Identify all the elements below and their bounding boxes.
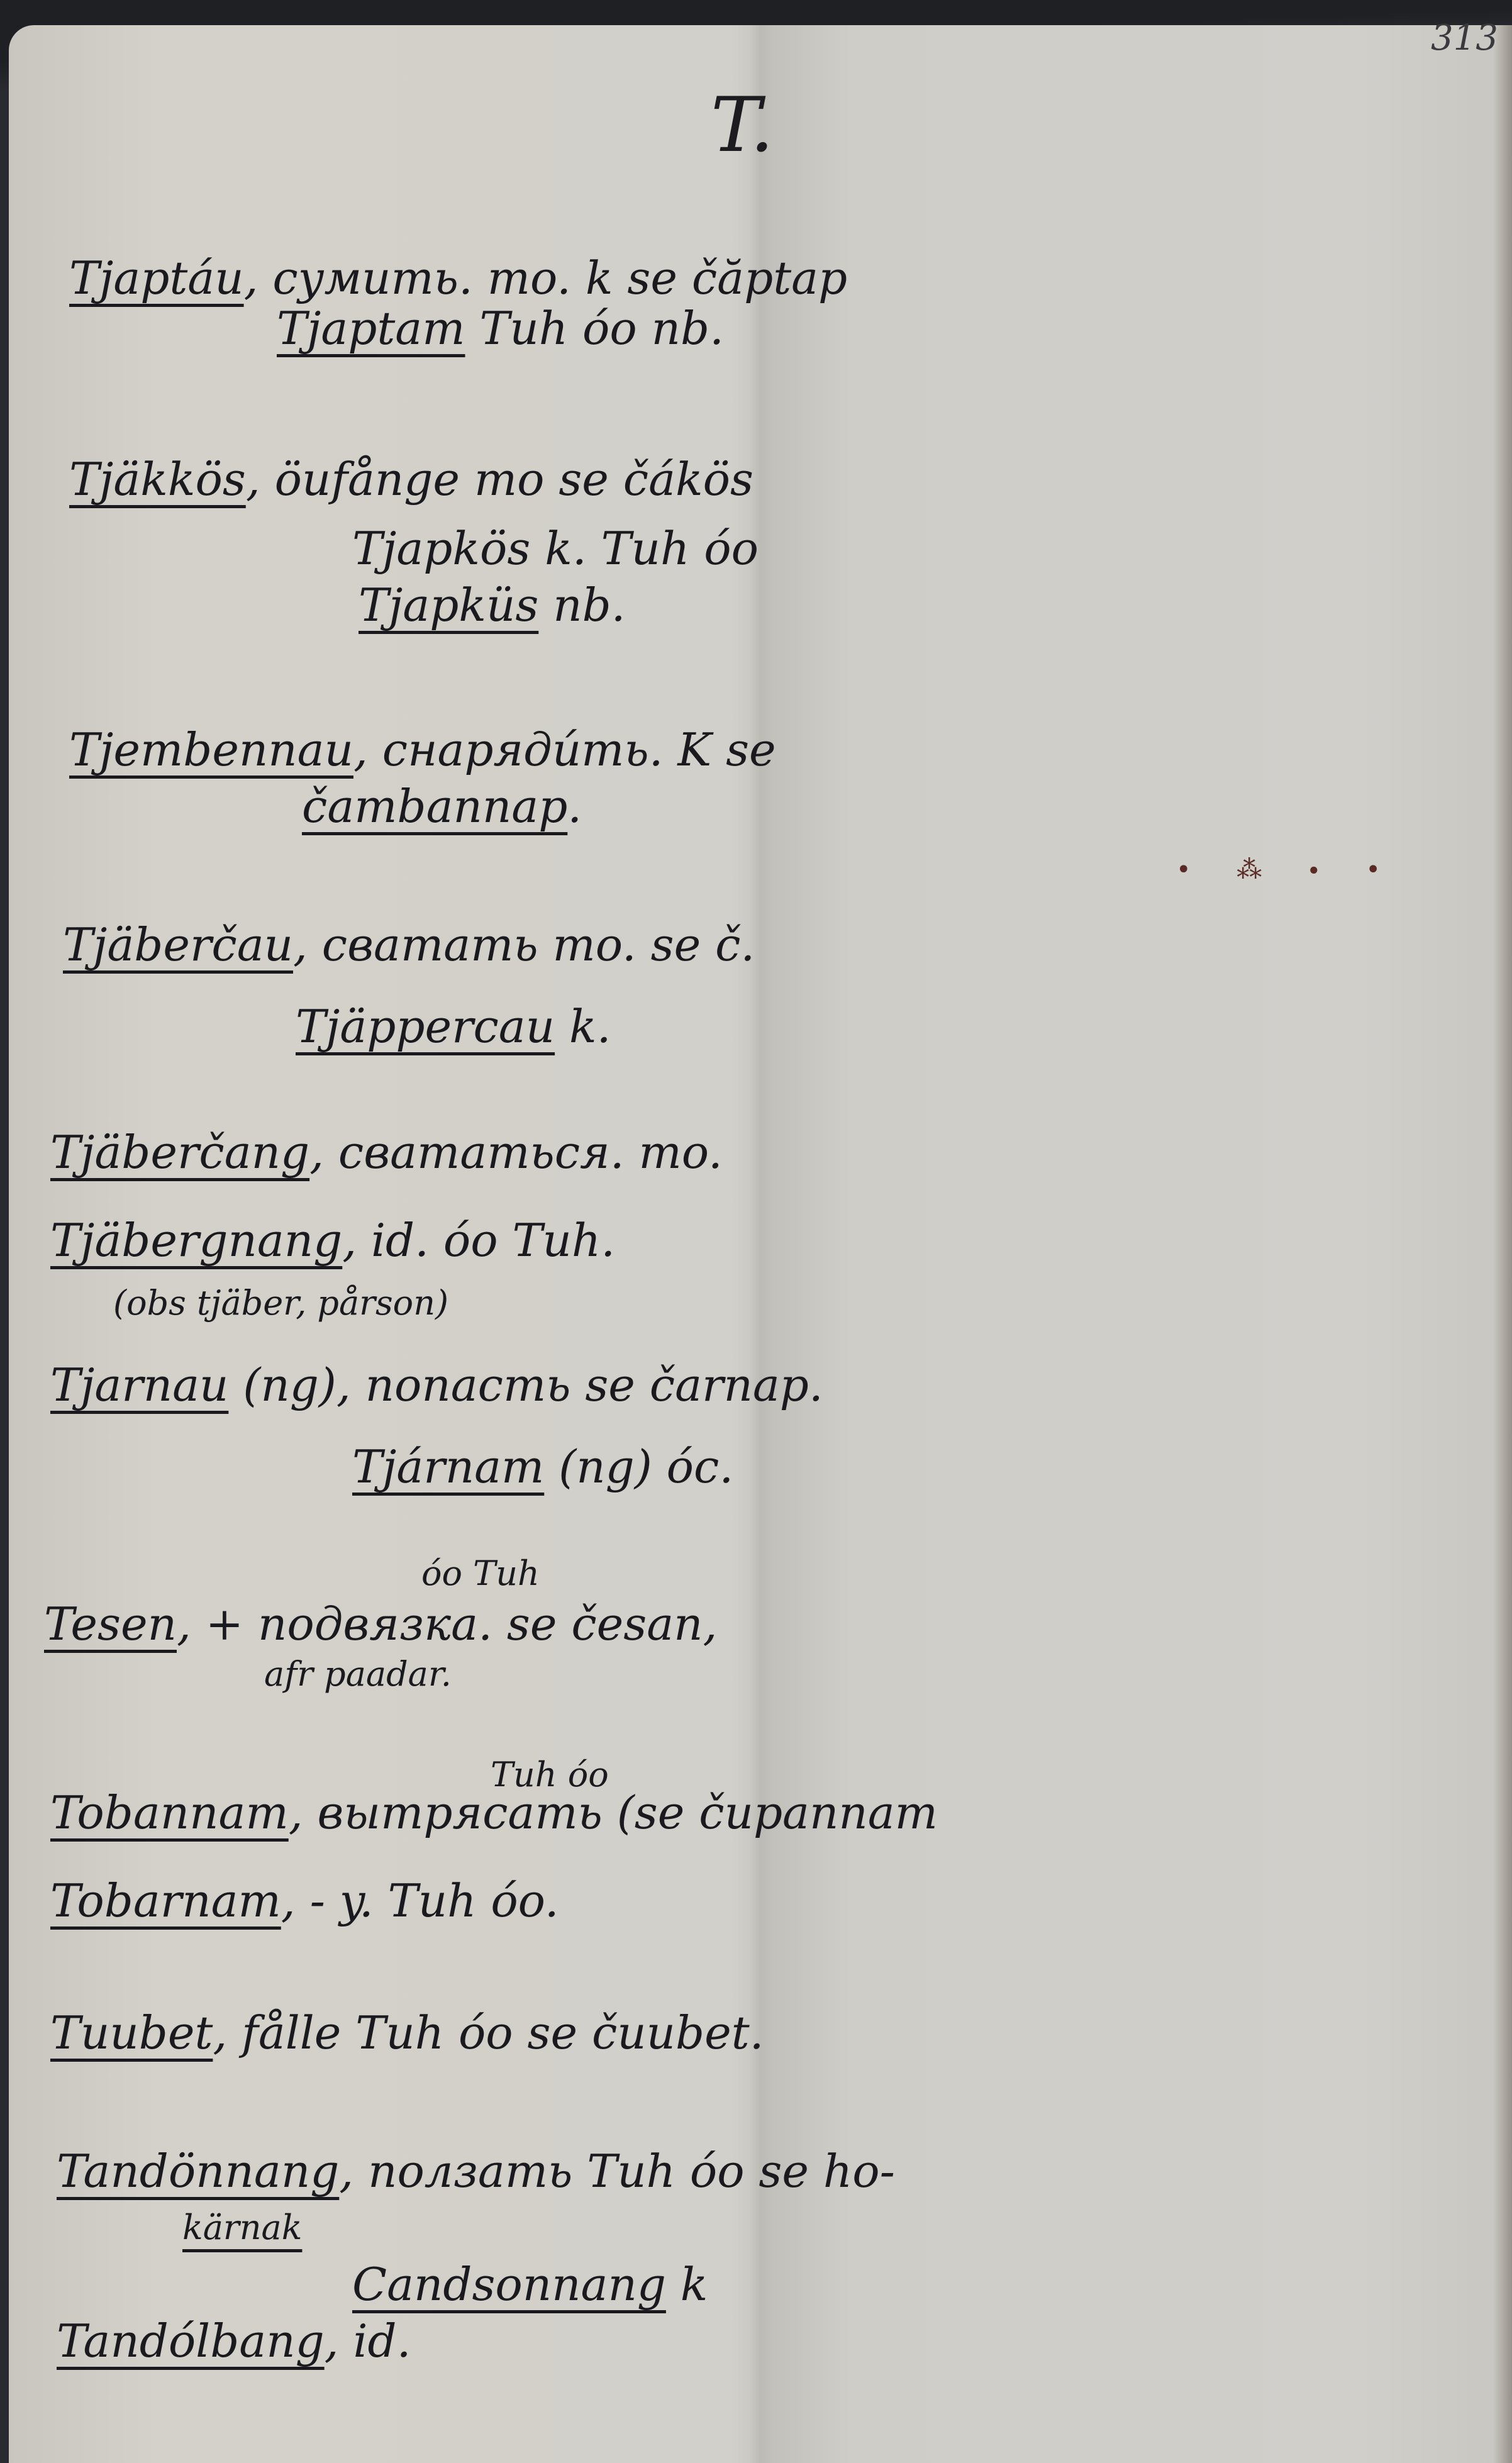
ink-stains: • ⁂ ∙ • — [1176, 855, 1399, 884]
variant-form: Tjäppercau — [296, 1000, 555, 1053]
dictionary-entry: Tuubet, fålle Tuh óo se čuubet. — [50, 2006, 764, 2059]
definition: , снаряди́ть. K se — [353, 723, 776, 776]
entry-continuation: afr paadar. — [264, 1654, 452, 1694]
dictionary-entry: Tjäberčau, сватать mo. se č. — [63, 918, 755, 971]
source-notes: k. Tuh óo — [545, 522, 759, 575]
variant-form: kärnak — [182, 2208, 302, 2247]
dictionary-entry: Tjaptáu, сумить. mo. k se čăptap — [69, 252, 847, 304]
entry-continuation: kärnak — [182, 2208, 302, 2247]
variant-form: Tjaptam — [277, 302, 465, 355]
entry-continuation: Candsonnang k — [352, 2258, 708, 2311]
page-fold — [748, 25, 774, 2463]
dictionary-entry: Tandönnang, ползать Tuh óo se ho- — [57, 2145, 895, 2198]
headword: Tjäberčang — [50, 1126, 309, 1179]
definition: , öufånge mo se čákös — [246, 453, 753, 506]
source-notes: (ng) óc. — [544, 1440, 733, 1493]
etymology-note: (obs tjäber, pårson) — [113, 1283, 448, 1323]
definition: (ng), попасть se čarnap. — [228, 1359, 823, 1411]
headword: Tjembennau — [69, 723, 353, 776]
source-notes: k. — [569, 1000, 611, 1053]
entry-continuation: Tjapkös k. Tuh óo — [352, 522, 759, 575]
variant-form: Candsonnang — [352, 2258, 666, 2311]
entry-continuation: Tjárnam (ng) óc. — [352, 1440, 733, 1493]
variant-form: Tjárnam — [352, 1440, 544, 1493]
headword: Tjäbergnang — [50, 1214, 342, 1267]
headword: Tjäkkös — [69, 453, 246, 506]
source-notes: nb. — [553, 579, 625, 631]
entry-continuation: čambannap. — [302, 780, 582, 833]
headword: Tobarnam — [50, 1874, 281, 1927]
dictionary-entry: Tjäkkös, öufånge mo se čákös — [69, 453, 753, 506]
dictionary-entry: Tobarnam, - y. Tuh óo. — [50, 1874, 559, 1927]
definition: , свататься. mo. — [309, 1126, 723, 1179]
definition: , - y. Tuh óo. — [281, 1874, 559, 1927]
headword: Tobannam — [50, 1786, 289, 1839]
dictionary-entry: Tandólbang, id. — [57, 2315, 411, 2367]
source-notes: k — [681, 2258, 708, 2311]
definition: , ползать Tuh óo se ho- — [339, 2145, 895, 2198]
entry-continuation: Tjapküs nb. — [359, 579, 626, 631]
headword: Tesen — [44, 1598, 177, 1650]
section-letter: T. — [711, 82, 774, 169]
variant-form: Tjapkös — [352, 522, 530, 575]
headword: Tjaptáu — [69, 252, 244, 304]
dictionary-entry: Tesen, + подвязка. se česan, — [44, 1598, 717, 1650]
variant-form: čambannap — [302, 780, 567, 833]
dictionary-entry: Tjembennau, снаряди́ть. K se — [69, 723, 776, 776]
headword: Tuubet — [50, 2006, 213, 2059]
page-number: 313 — [1431, 18, 1498, 58]
definition: , fålle Tuh óo se čuubet. — [213, 2006, 764, 2059]
dictionary-entry: Tjäbergnang, id. óo Tuh. — [50, 1214, 615, 1267]
headword: Tandólbang — [57, 2315, 325, 2367]
dictionary-entry: Tjäberčang, свататься. mo. — [50, 1126, 723, 1179]
definition: , сумить. mo. k se čăptap — [244, 252, 848, 304]
dictionary-entry: Tjarnau (ng), попасть se čarnap. — [50, 1359, 823, 1411]
definition: , + подвязка. se česan, — [177, 1598, 717, 1650]
definition: , сватать mo. se č. — [293, 918, 755, 971]
superscript-note: óo Tuh — [421, 1554, 540, 1593]
page-edge — [1493, 25, 1512, 2463]
headword: Tjarnau — [50, 1359, 228, 1411]
entry-continuation: Tjaptam Tuh óo nb. — [277, 302, 724, 355]
definition: , id. óo Tuh. — [342, 1214, 615, 1267]
entry-continuation: Tjäppercau k. — [296, 1000, 611, 1053]
source-notes: Tuh óo nb. — [479, 302, 724, 355]
dictionary-entry: Tobannam, вытрясать (se čupannam — [50, 1786, 938, 1839]
headword: Tjäberčau — [63, 918, 293, 971]
headword: Tandönnang — [57, 2145, 339, 2198]
definition: , вытрясать (se čupannam — [289, 1786, 938, 1839]
definition: , id. — [325, 2315, 411, 2367]
variant-form: Tjapküs — [359, 579, 538, 631]
